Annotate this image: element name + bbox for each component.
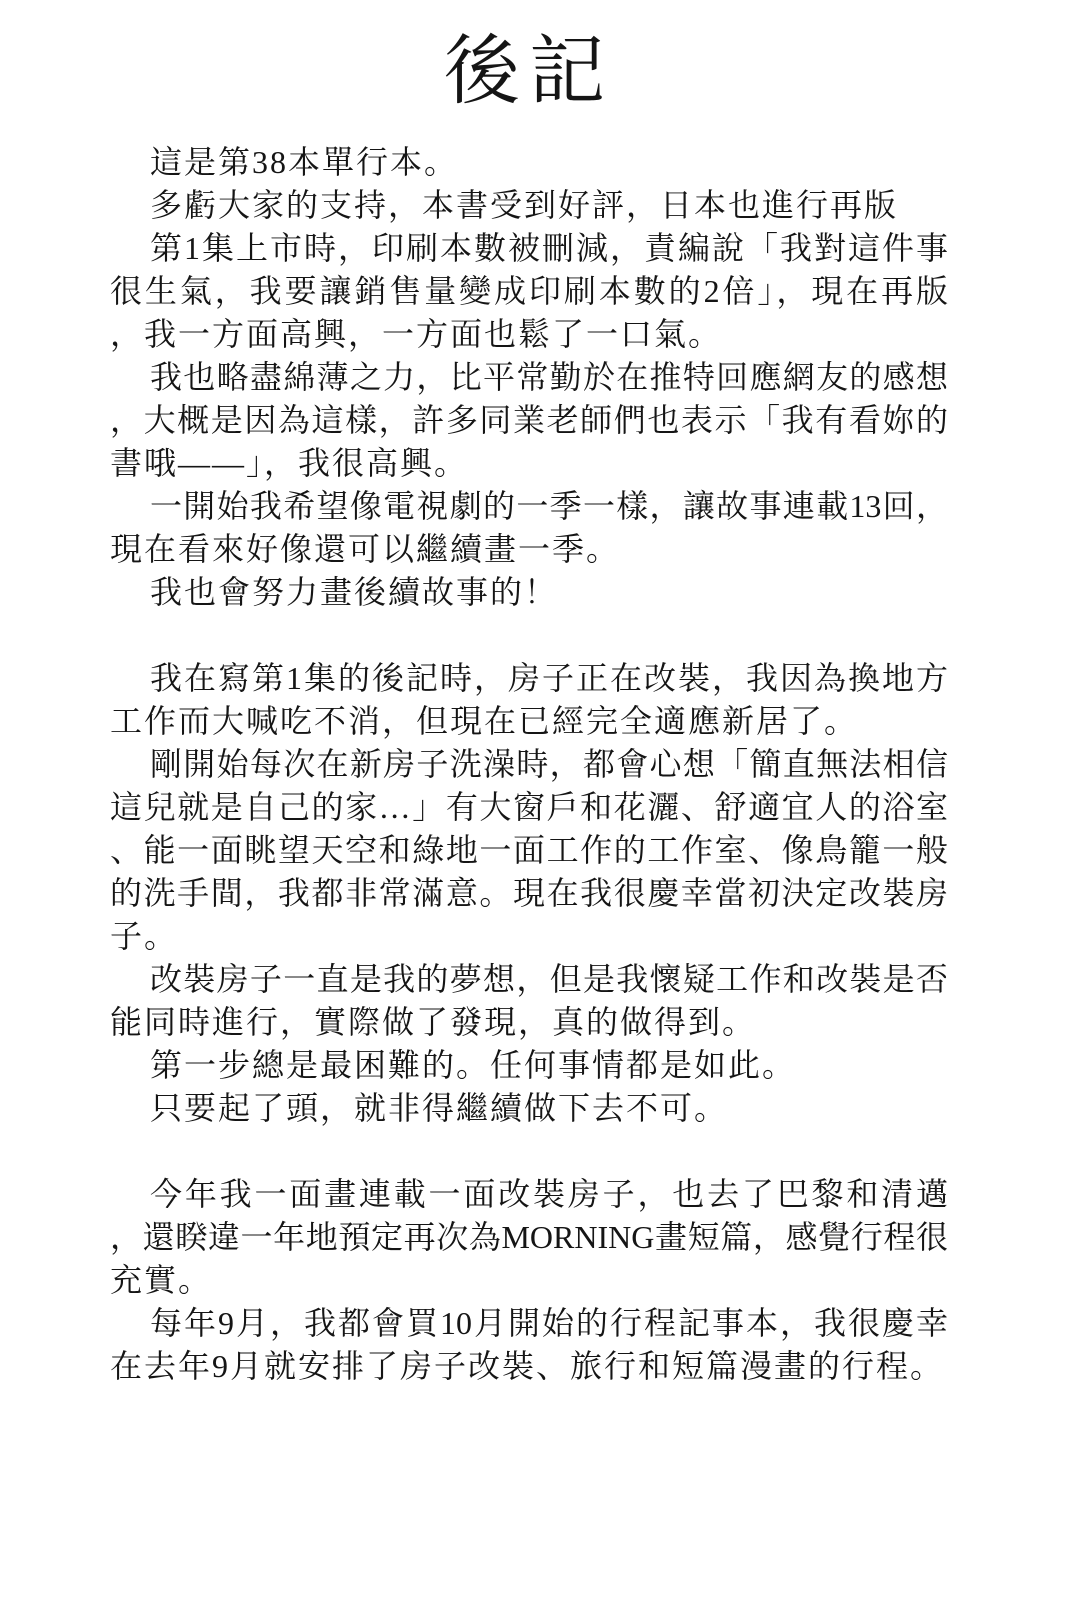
text-line: ，大概是因為這樣，許多同業老師們也表示「我有看妳的 bbox=[110, 399, 948, 442]
book-page: 後記 這是第38本單行本。多虧大家的支持，本書受到好評，日本也進行再版了。第1集… bbox=[0, 0, 1066, 1600]
text-line: 今年我一面畫連載一面改裝房子，也去了巴黎和清邁 bbox=[110, 1173, 948, 1216]
text-line: 第一步總是最困難的。任何事情都是如此。 bbox=[110, 1044, 948, 1087]
text-line: 的洗手間，我都非常滿意。現在我很慶幸當初決定改裝房 bbox=[110, 872, 948, 915]
text-line: 這是第38本單行本。 bbox=[110, 141, 948, 184]
text-line: ，我一方面高興，一方面也鬆了一口氣。 bbox=[110, 313, 948, 356]
text-line: 第1集上市時，印刷本數被刪減，責編說「我對這件事 bbox=[110, 227, 948, 270]
page-title: 後記 bbox=[110, 30, 948, 115]
text-line: 一開始我希望像電視劇的一季一樣，讓故事連載13回， bbox=[110, 485, 948, 528]
text-line: 在去年9月就安排了房子改裝、旅行和短篇漫畫的行程。 bbox=[110, 1345, 948, 1388]
text-line: 我也會努力畫後續故事的！ bbox=[110, 571, 948, 614]
text-line: 書哦——」，我很高興。 bbox=[110, 442, 948, 485]
text-line: 我也略盡綿薄之力，比平常勤於在推特回應網友的感想 bbox=[110, 356, 948, 399]
text-line: 現在看來好像還可以繼續畫一季。 bbox=[110, 528, 948, 571]
text-line: 子。 bbox=[110, 915, 948, 958]
text-line: 每年9月，我都會買10月開始的行程記事本，我很慶幸 bbox=[110, 1302, 948, 1345]
text-line: 、能一面眺望天空和綠地一面工作的工作室、像鳥籠一般 bbox=[110, 829, 948, 872]
paragraph-gap bbox=[110, 614, 948, 657]
paragraph-gap bbox=[110, 1130, 948, 1173]
text-line: 充實。 bbox=[110, 1259, 948, 1302]
text-line: 很生氣，我要讓銷售量變成印刷本數的2倍」，現在再版 bbox=[110, 270, 948, 313]
text-line: 這兒就是自己的家…」有大窗戶和花灑、舒適宜人的浴室 bbox=[110, 786, 948, 829]
text-line: 能同時進行，實際做了發現，真的做得到。 bbox=[110, 1001, 948, 1044]
text-line: 多虧大家的支持，本書受到好評，日本也進行再版了。 bbox=[110, 184, 948, 227]
text-line: 我在寫第1集的後記時，房子正在改裝，我因為換地方 bbox=[110, 657, 948, 700]
text-line: 剛開始每次在新房子洗澡時，都會心想「簡直無法相信 bbox=[110, 743, 948, 786]
text-line: ，還睽違一年地預定再次為MORNING畫短篇，感覺行程很 bbox=[110, 1216, 948, 1259]
text-line: 只要起了頭，就非得繼續做下去不可。 bbox=[110, 1087, 948, 1130]
afterword-body: 這是第38本單行本。多虧大家的支持，本書受到好評，日本也進行再版了。第1集上市時… bbox=[110, 141, 948, 1388]
text-line: 工作而大喊吃不消，但現在已經完全適應新居了。 bbox=[110, 700, 948, 743]
text-line: 改裝房子一直是我的夢想，但是我懷疑工作和改裝是否 bbox=[110, 958, 948, 1001]
